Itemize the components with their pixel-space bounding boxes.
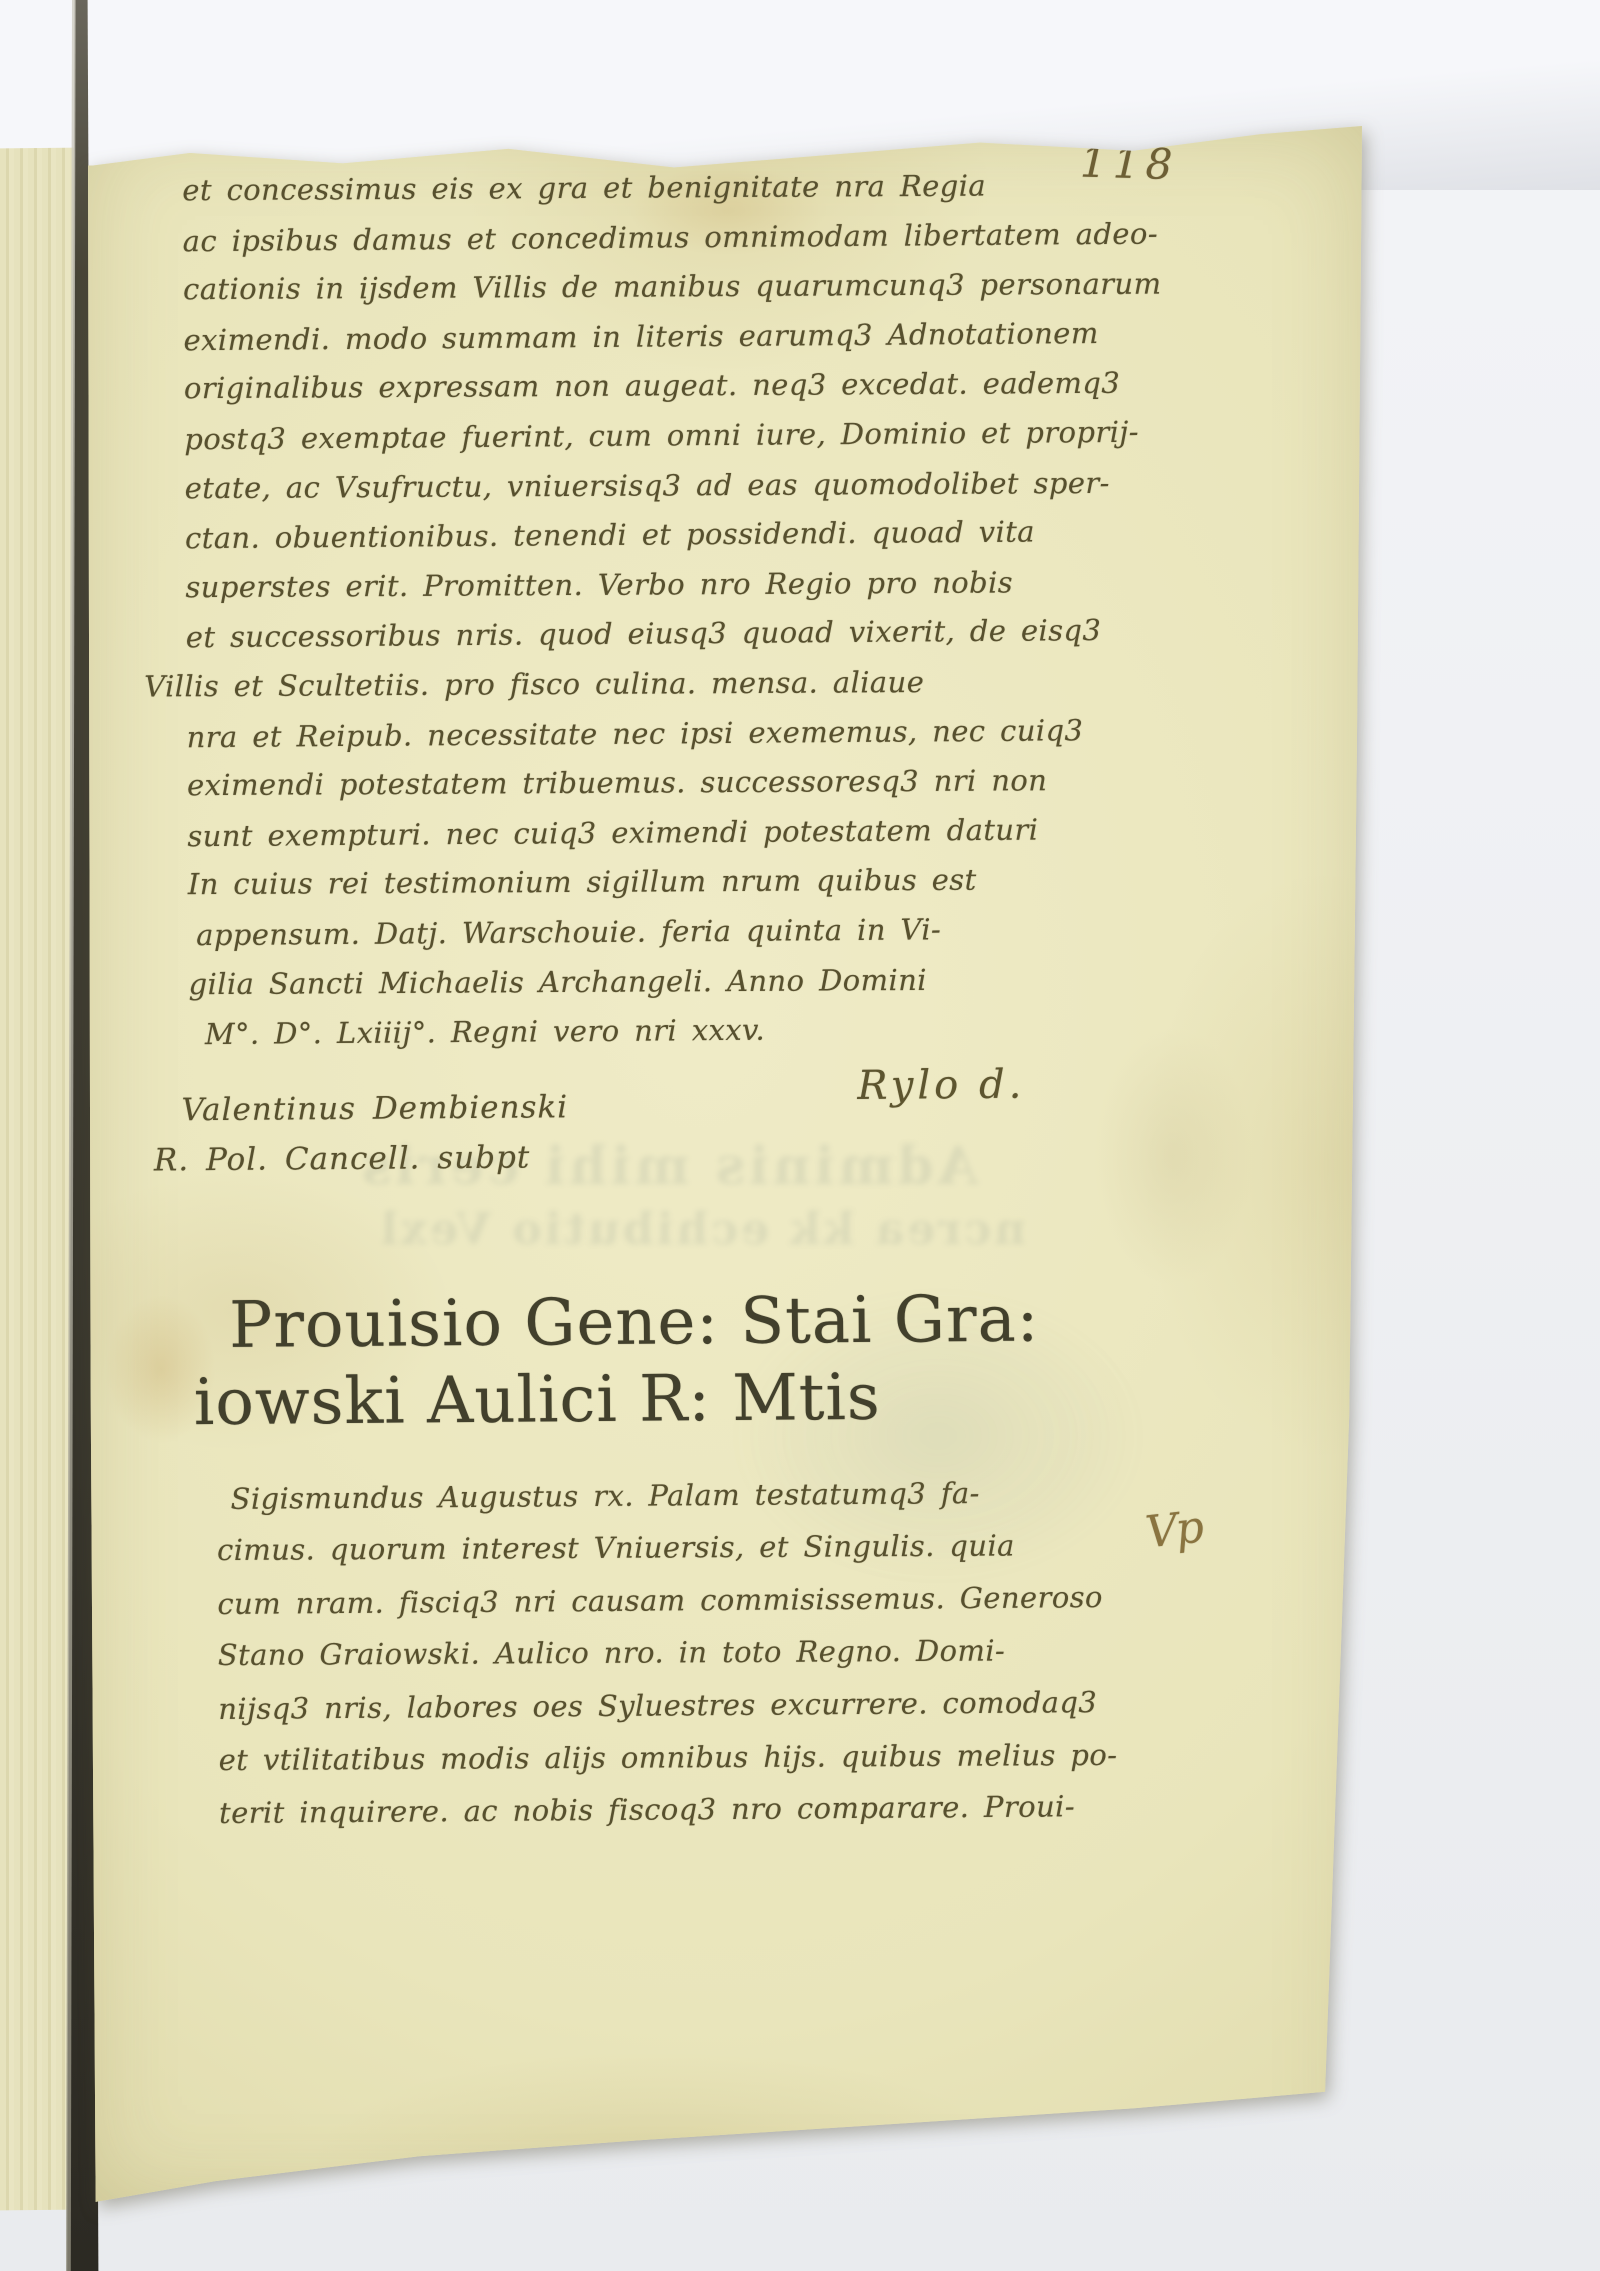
manuscript-line: ac ipsibus damus et concedimus omnimodam…: [183, 216, 1162, 273]
manuscript-line: superstes erit. Promitten. Verbo nro Reg…: [185, 564, 1164, 619]
manuscript-line: Sigismundus Augustus rx. Palam testatumq…: [230, 1475, 1115, 1534]
manuscript-line: et successoribus nris. quod eiusq3 quoad…: [186, 613, 1165, 670]
signature-title: R. Pol. Cancell. subpt: [154, 1140, 531, 1179]
ink-layer: 118 et concessimus eis ex gra et benigni…: [80, 121, 1370, 2209]
manuscript-line: et concessimus eis ex gra et benignitate…: [182, 168, 1161, 223]
manuscript-line: Villis et Scultetiis. pro fisco culina. …: [144, 664, 1165, 719]
manuscript-line: cum nram. fisciq3 nri causam commisissem…: [217, 1580, 1116, 1639]
manuscript-line: eximendi. modo summam in literis earumq3…: [183, 315, 1162, 372]
paragraph-secondary: Sigismundus Augustus rx. Palam testatumq…: [216, 1475, 1118, 1849]
manuscript-line: nra et Reipub. necessitate nec ipsi exem…: [186, 712, 1165, 769]
marginal-mark: Vp: [1143, 1502, 1204, 1559]
manuscript-line: cimus. quorum interest Vniuersis, et Sin…: [217, 1528, 1116, 1586]
manuscript-line: postq3 exemptae fuerint, cum omni iure, …: [184, 415, 1163, 472]
manuscript-line: Stano Graiowski. Aulico nro. in toto Reg…: [218, 1633, 1117, 1691]
underlying-page-edges: [0, 148, 78, 2211]
document-heading: Prouisio Gene: Stai Gra: iowski Aulici R…: [229, 1282, 1040, 1442]
paragraph-primary: et concessimus eis ex gra et benignitate…: [182, 167, 1167, 1067]
heading-line-2: iowski Aulici R: Mtis: [194, 1359, 1041, 1443]
manuscript-line: terit inquirere. ac nobis fiscoq3 nro co…: [219, 1789, 1118, 1848]
manuscript-line: etate, ac Vsufructu, vniuersisq3 ad eas …: [185, 465, 1164, 520]
manuscript-line: et vtilitatibus modis alijs omnibus hijs…: [219, 1738, 1118, 1796]
manuscript-line: gilia Sancti Michaelis Archangeli. Anno …: [188, 961, 1167, 1016]
heading-line-1: Prouisio Gene: Stai Gra:: [229, 1282, 1040, 1365]
manuscript-line: sunt exempturi. nec cuiq3 eximendi potes…: [187, 811, 1166, 868]
manuscript-line: eximendi potestatem tribuemus. successor…: [187, 763, 1166, 818]
manuscript-line: nijsq3 nris, labores oes Syluestres excu…: [218, 1685, 1117, 1744]
chancery-paraph: Rylo d.: [857, 1062, 1025, 1109]
manuscript-line: originalibus expressam non augeat. neq3 …: [184, 366, 1163, 421]
manuscript-line: cationis in ijsdem Villis de manibus qua…: [183, 267, 1162, 322]
manuscript-line: appensum. Datj. Warschouie. feria quinta…: [196, 910, 1167, 967]
manuscript-page: Adminis mihi ceris ncrea kk echibutio Ve…: [88, 126, 1362, 2204]
manuscript-line: M°. D°. Lxiiij°. Regni vero nri xxxv.: [205, 1010, 1168, 1067]
manuscript-line: ctan. obuentionibus. tenendi et possiden…: [185, 514, 1164, 571]
signature-name: Valentinus Dembienski: [181, 1089, 568, 1128]
manuscript-line: In cuius rei testimonium sigillum nrum q…: [188, 862, 1167, 917]
